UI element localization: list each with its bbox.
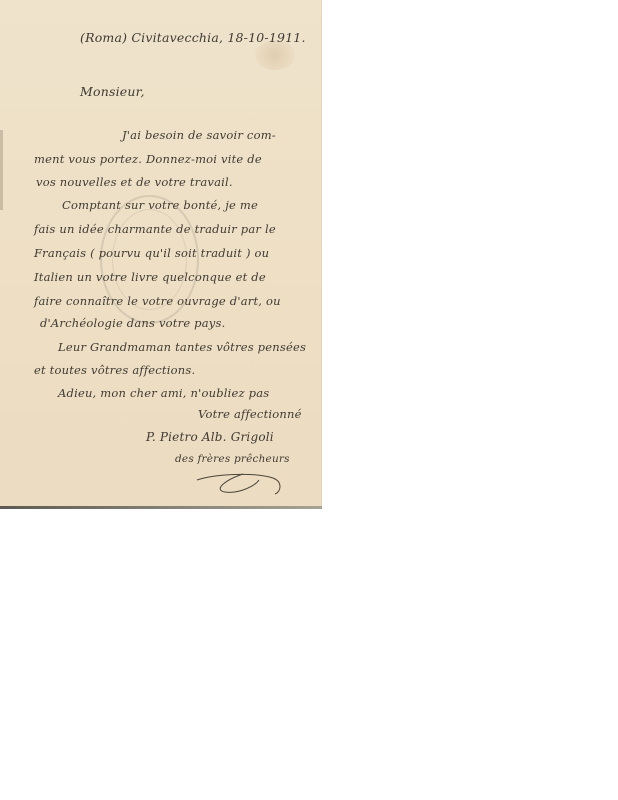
signature-subtitle: des frères prêcheurs [175,453,290,465]
letter-salutation: Monsieur, [80,84,145,99]
body-line: faire connaître le votre ouvrage d'art, … [34,294,281,308]
body-line: vos nouvelles et de votre travail. [36,175,233,189]
body-line: ment vous portez. Donnez-moi vite de [34,152,262,166]
body-line: J'ai besoin de savoir com- [122,128,276,142]
body-line: et toutes vôtres affections. [34,363,195,377]
body-line: Italien un votre livre quelconque et de [34,270,266,284]
letter-page: (Roma) Civitavecchia, 18-10-1911. Monsie… [0,0,322,508]
letter-header: (Roma) Civitavecchia, 18-10-1911. [80,30,306,45]
body-line: Français ( pourvu qu'il soit traduit ) o… [34,246,269,260]
letter-closing: Votre affectionné [198,407,302,421]
body-line: fais un idée charmante de traduir par le [34,222,276,236]
scan-edge-shadow [0,130,3,210]
letter-signature: P. Pietro Alb. Grigoli [146,430,274,444]
body-line: Leur Grandmaman tantes vôtres pensées [58,340,306,354]
page-bottom-edge [0,506,322,509]
body-line: Comptant sur votre bonté, je me [62,198,258,212]
body-line: d'Archéologie dans votre pays. [40,316,225,330]
signature-flourish-icon [195,468,287,498]
body-line: Adieu, mon cher ami, n'oubliez pas [58,386,269,400]
